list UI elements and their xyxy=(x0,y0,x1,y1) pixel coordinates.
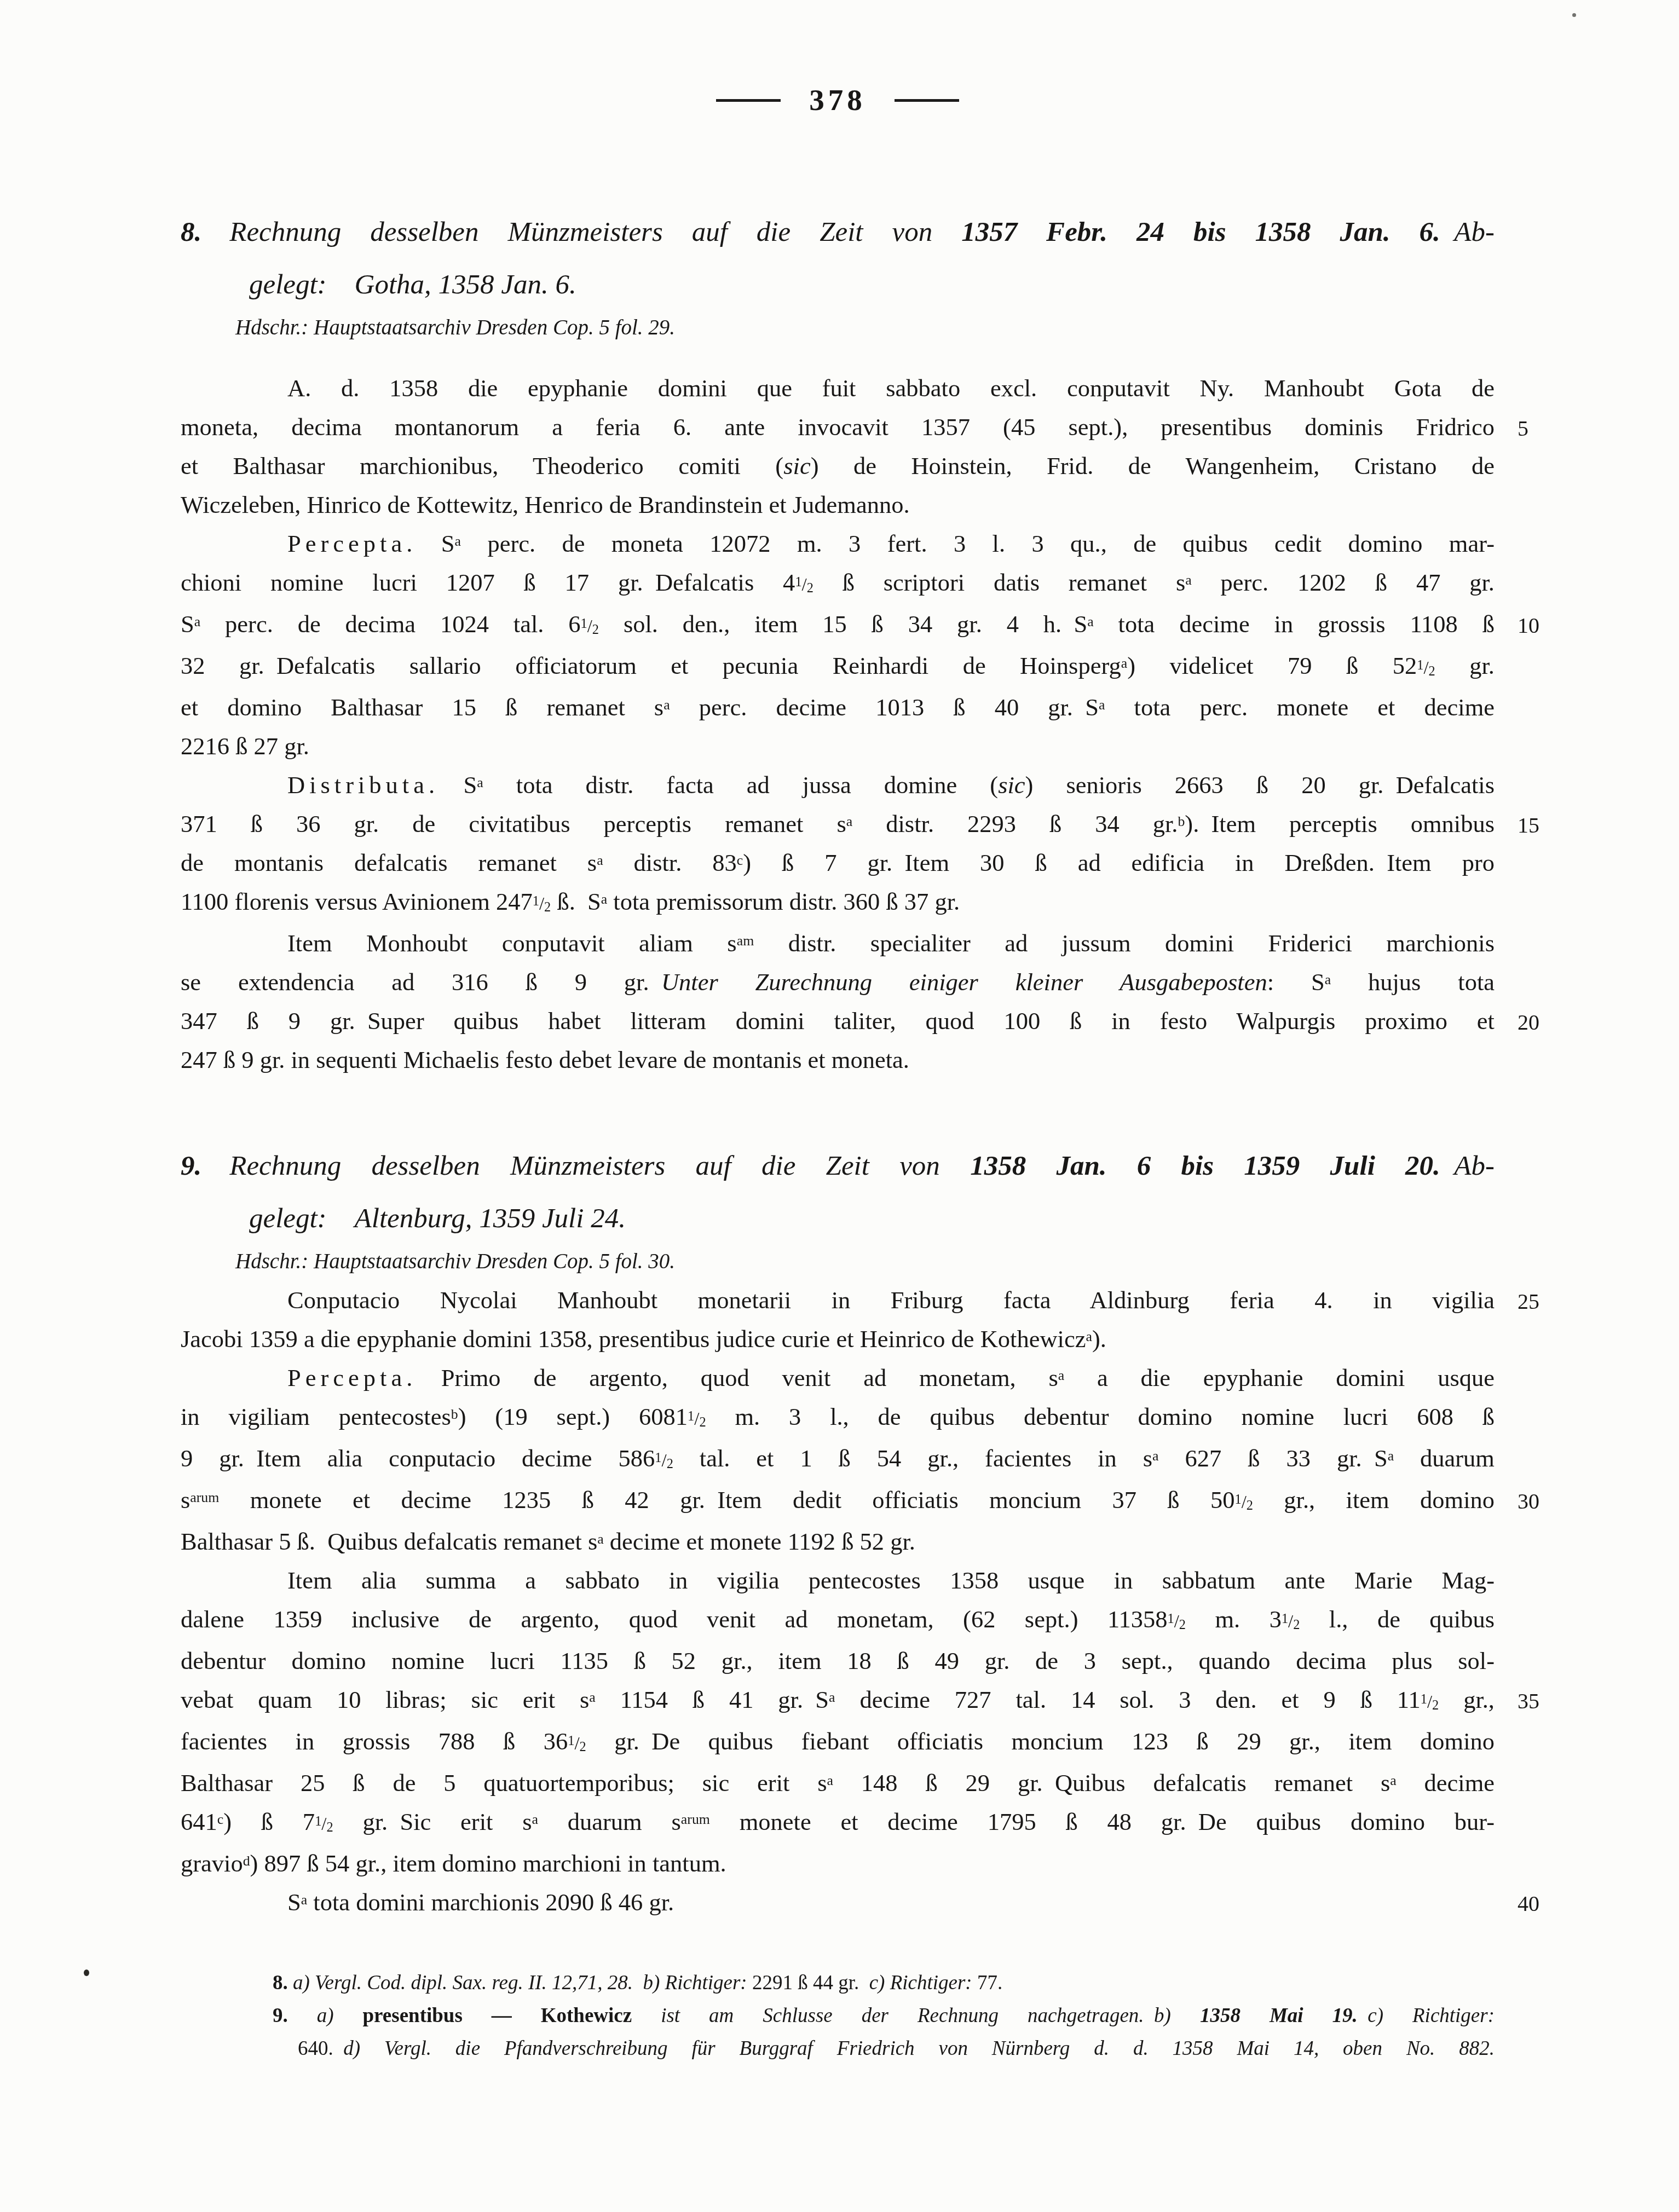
line-text: facientes in grossis 788 ß 361/2 gr. De … xyxy=(181,1728,1495,1755)
text-line: facientes in grossis 788 ß 361/2 gr. De … xyxy=(181,1722,1495,1764)
page-number-text: 378 xyxy=(809,83,866,117)
margin-line-number: 35 xyxy=(1518,1682,1594,1720)
line-text: 8. a) Vergl. Cod. dipl. Sax. reg. II. 12… xyxy=(273,1972,1002,1994)
line-text: Balthasar 5 ß. Quibus defalcatis remanet… xyxy=(181,1528,915,1555)
text-line: 9 gr. Item alia conputacio decime 5861/2… xyxy=(181,1439,1495,1481)
text-line: 8. a) Vergl. Cod. dipl. Sax. reg. II. 12… xyxy=(273,1967,1495,2000)
text-line: 8. Rechnung desselben Münzmeisters auf d… xyxy=(181,206,1495,258)
line-text: sarum monete et decime 1235 ß 42 gr. Ite… xyxy=(181,1486,1495,1514)
line-text: 1100 florenis versus Avinionem 2471/2 ß.… xyxy=(181,888,960,915)
line-text: 641c) ß 71/2 gr. Sic erit sa duarum saru… xyxy=(181,1808,1495,1835)
text-line: Sa perc. de decima 1024 tal. 61/2 sol. d… xyxy=(181,605,1495,646)
margin-line-number: 10 xyxy=(1518,606,1594,645)
text-line: Sa tota domini marchionis 2090 ß 46 gr.4… xyxy=(181,1883,1495,1922)
margin-line-number: 20 xyxy=(1518,1003,1594,1042)
line-text: in vigiliam pentecostesb) (19 sept.) 608… xyxy=(181,1403,1495,1430)
line-text: et domino Balthasar 15 ß remanet sa perc… xyxy=(181,694,1495,721)
line-text: Balthasar 25 ß de 5 quatuortemporibus; s… xyxy=(181,1769,1495,1797)
entry-8: 8. Rechnung desselben Münzmeisters auf d… xyxy=(181,206,1495,1079)
line-text: 371 ß 36 gr. de civitatibus perceptis re… xyxy=(181,810,1495,838)
line-text: Conputacio Nycolai Manhoubt monetarii in… xyxy=(287,1286,1495,1314)
margin-line-number: 15 xyxy=(1518,806,1594,845)
page-number: 378 xyxy=(181,82,1495,118)
text-line: 641c) ß 71/2 gr. Sic erit sa duarum saru… xyxy=(181,1803,1495,1844)
text-line: moneta, decima montanorum a feria 6. ant… xyxy=(181,408,1495,447)
line-text: Percepta. Sa perc. de moneta 12072 m. 3 … xyxy=(287,530,1495,557)
entry-9: 9. Rechnung desselben Münzmeisters auf d… xyxy=(181,1140,1495,1922)
entry-9-heading: 9. Rechnung desselben Münzmeisters auf d… xyxy=(181,1140,1495,1245)
text-line: 371 ß 36 gr. de civitatibus perceptis re… xyxy=(181,805,1495,844)
entry-8-body: A. d. 1358 die epyphanie domini que fuit… xyxy=(181,369,1495,1079)
line-text: 9. a) presentibus — Kothewicz ist am Sch… xyxy=(273,2005,1495,2027)
line-text: Item Monhoubt conputavit aliam sam distr… xyxy=(287,929,1495,957)
text-line: 9. Rechnung desselben Münzmeisters auf d… xyxy=(181,1140,1495,1192)
line-text: Wiczeleben, Hinrico de Kottewitz, Henric… xyxy=(181,491,910,518)
line-text: chioni nomine lucri 1207 ß 17 gr. Defalc… xyxy=(181,569,1495,596)
line-text: 640. d) Vergl. die Pfandverschreibung fü… xyxy=(298,2037,1495,2060)
text-line: vebat quam 10 libras; sic erit sa 1154 ß… xyxy=(181,1680,1495,1722)
entry-9-source-note: Hdschr.: Hauptstaatsarchiv Dresden Cop. … xyxy=(181,1248,1495,1275)
line-text: Distributa. Sa tota distr. facta ad juss… xyxy=(287,771,1495,799)
text-line: Balthasar 25 ß de 5 quatuortemporibus; s… xyxy=(181,1764,1495,1803)
footnotes: 8. a) Vergl. Cod. dipl. Sax. reg. II. 12… xyxy=(181,1967,1495,2065)
text-line: gelegt: Gotha, 1358 Jan. 6. xyxy=(181,258,1495,311)
line-text: 2216 ß 27 gr. xyxy=(181,732,309,760)
margin-line-number: 5 xyxy=(1518,409,1594,448)
text-line: 640. d) Vergl. die Pfandverschreibung fü… xyxy=(273,2032,1495,2065)
text-line: A. d. 1358 die epyphanie domini que fuit… xyxy=(181,369,1495,408)
text-line: Item Monhoubt conputavit aliam sam distr… xyxy=(181,924,1495,963)
text-line: graviod) 897 ß 54 gr., item domino march… xyxy=(181,1844,1495,1883)
line-text: moneta, decima montanorum a feria 6. ant… xyxy=(181,413,1495,441)
text-line: Jacobi 1359 a die epyphanie domini 1358,… xyxy=(181,1320,1495,1359)
text-line: Distributa. Sa tota distr. facta ad juss… xyxy=(181,766,1495,805)
line-text: gelegt: Gotha, 1358 Jan. 6. xyxy=(249,269,576,300)
line-text: A. d. 1358 die epyphanie domini que fuit… xyxy=(287,374,1495,402)
text-line: Percepta. Primo de argento, quod venit a… xyxy=(181,1359,1495,1397)
text-line: et domino Balthasar 15 ß remanet sa perc… xyxy=(181,688,1495,727)
line-text: Item alia summa a sabbato in vigilia pen… xyxy=(287,1567,1495,1594)
line-text: 8. Rechnung desselben Münzmeisters auf d… xyxy=(181,217,1495,247)
ink-speck xyxy=(1572,13,1576,17)
text-line: Percepta. Sa perc. de moneta 12072 m. 3 … xyxy=(181,524,1495,563)
page-number-rule-left xyxy=(716,99,781,102)
text-line: Conputacio Nycolai Manhoubt monetarii in… xyxy=(181,1281,1495,1320)
line-text: Sa perc. de decima 1024 tal. 61/2 sol. d… xyxy=(181,610,1495,638)
text-line: gelegt: Altenburg, 1359 Juli 24. xyxy=(181,1192,1495,1245)
line-text: debentur domino nomine lucri 1135 ß 52 g… xyxy=(181,1647,1495,1674)
line-text: se extendencia ad 316 ß 9 gr. Unter Zure… xyxy=(181,968,1495,996)
entry-8-source-note: Hdschr.: Hauptstaatsarchiv Dresden Cop. … xyxy=(181,314,1495,342)
margin-line-number: 25 xyxy=(1518,1282,1594,1321)
line-text: et Balthasar marchionibus, Theoderico co… xyxy=(181,452,1495,480)
line-text: gelegt: Altenburg, 1359 Juli 24. xyxy=(249,1203,626,1234)
page-content: 378 8. Rechnung desselben Münzmeisters a… xyxy=(181,0,1495,2065)
line-text: Jacobi 1359 a die epyphanie domini 1358,… xyxy=(181,1325,1106,1353)
text-line: debentur domino nomine lucri 1135 ß 52 g… xyxy=(181,1642,1495,1680)
margin-line-number: 40 xyxy=(1518,1884,1594,1923)
line-text: dalene 1359 inclusive de argento, quod v… xyxy=(181,1605,1495,1633)
line-text: 32 gr. Defalcatis sallario officiatorum … xyxy=(181,652,1495,679)
entry-9-body: Conputacio Nycolai Manhoubt monetarii in… xyxy=(181,1281,1495,1922)
text-line: Balthasar 5 ß. Quibus defalcatis remanet… xyxy=(181,1522,1495,1561)
text-line: chioni nomine lucri 1207 ß 17 gr. Defalc… xyxy=(181,563,1495,605)
line-text: 9 gr. Item alia conputacio decime 5861/2… xyxy=(181,1445,1495,1472)
text-line: 347 ß 9 gr. Super quibus habet litteram … xyxy=(181,1002,1495,1041)
text-line: sarum monete et decime 1235 ß 42 gr. Ite… xyxy=(181,1481,1495,1522)
text-line: et Balthasar marchionibus, Theoderico co… xyxy=(181,447,1495,486)
line-text: 247 ß 9 gr. in sequenti Michaelis festo … xyxy=(181,1046,909,1073)
text-line: dalene 1359 inclusive de argento, quod v… xyxy=(181,1600,1495,1642)
text-line: Item alia summa a sabbato in vigilia pen… xyxy=(181,1561,1495,1600)
page-number-rule-right xyxy=(895,99,959,102)
line-text: 347 ß 9 gr. Super quibus habet litteram … xyxy=(181,1007,1495,1035)
line-text: vebat quam 10 libras; sic erit sa 1154 ß… xyxy=(181,1686,1495,1713)
line-text: 9. Rechnung desselben Münzmeisters auf d… xyxy=(181,1151,1495,1181)
entry-8-heading: 8. Rechnung desselben Münzmeisters auf d… xyxy=(181,206,1495,311)
text-line: 1100 florenis versus Avinionem 2471/2 ß.… xyxy=(181,882,1495,924)
text-line: 247 ß 9 gr. in sequenti Michaelis festo … xyxy=(181,1041,1495,1079)
line-text: Percepta. Primo de argento, quod venit a… xyxy=(287,1364,1495,1391)
text-line: Wiczeleben, Hinrico de Kottewitz, Henric… xyxy=(181,486,1495,524)
text-line: de montanis defalcatis remanet sa distr.… xyxy=(181,844,1495,882)
text-line: 9. a) presentibus — Kothewicz ist am Sch… xyxy=(273,2000,1495,2032)
line-text: graviod) 897 ß 54 gr., item domino march… xyxy=(181,1850,726,1877)
text-line: in vigiliam pentecostesb) (19 sept.) 608… xyxy=(181,1397,1495,1439)
ink-speck xyxy=(84,1970,89,1976)
line-text: Sa tota domini marchionis 2090 ß 46 gr. xyxy=(287,1888,674,1916)
text-line: se extendencia ad 316 ß 9 gr. Unter Zure… xyxy=(181,963,1495,1002)
scanned-page: 378 8. Rechnung desselben Münzmeisters a… xyxy=(0,0,1679,2212)
text-line: 2216 ß 27 gr. xyxy=(181,727,1495,766)
line-text: de montanis defalcatis remanet sa distr.… xyxy=(181,849,1495,876)
margin-line-number: 30 xyxy=(1518,1482,1594,1521)
text-line: 32 gr. Defalcatis sallario officiatorum … xyxy=(181,646,1495,688)
